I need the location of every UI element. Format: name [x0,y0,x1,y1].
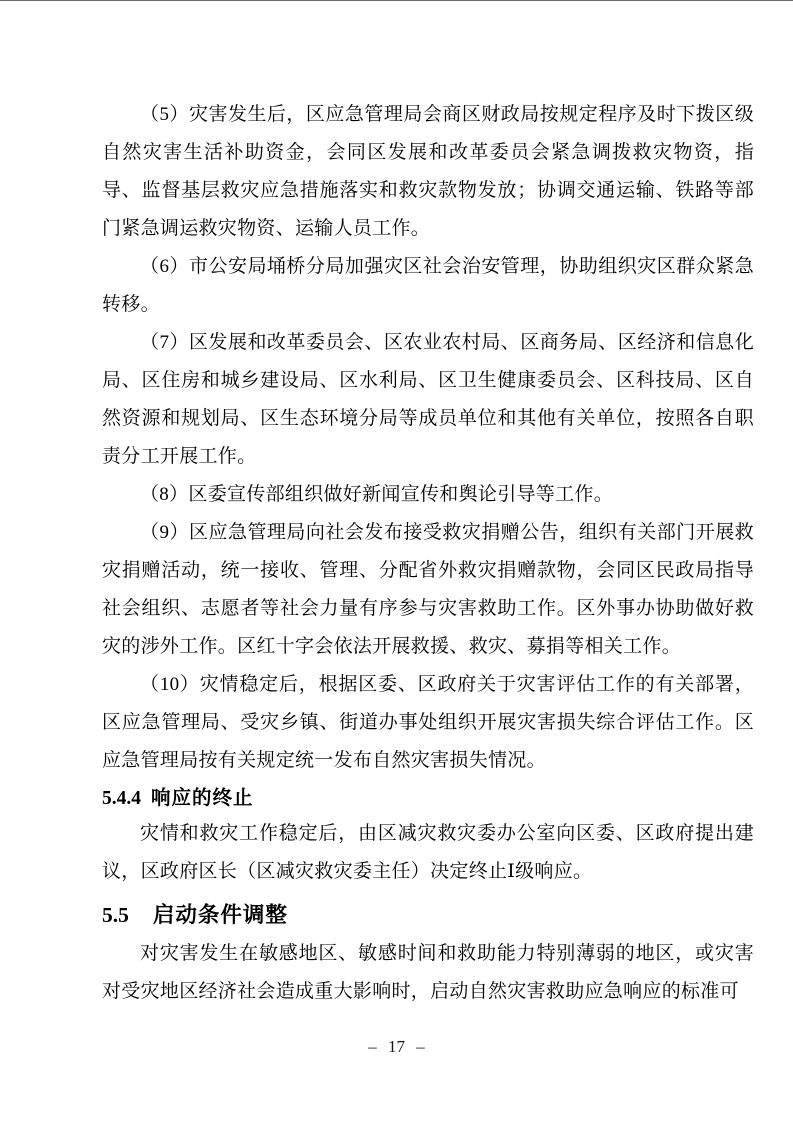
paragraph-response-termination: 灾情和救灾工作稳定后，由区减灾救灾委办公室向区委、区政府提出建议，区政府区长（区… [102,815,754,891]
page-top-edge [0,0,793,1]
heading-title: 启动条件调整 [153,903,288,927]
paragraph-condition-adjustment: 对灾害发生在敏感地区、敏感时间和救助能力特别薄弱的地区，或灾害对受灾地区经济社会… [102,935,754,1011]
paragraph-item-5: （5）灾害发生后，区应急管理局会商区财政局按规定程序及时下拨区级自然灾害生活补助… [102,96,754,248]
heading-number: 5.5 [102,903,129,927]
section-heading-5-4-4: 5.4.4响应的终止 [102,784,754,813]
section-heading-5-5: 5.5启动条件调整 [102,899,754,931]
paragraph-item-10: （10）灾情稳定后，根据区委、区政府关于灾害评估工作的有关部署，区应急管理局、受… [102,666,754,780]
heading-number: 5.4.4 [102,788,141,809]
paragraph-item-7: （7）区发展和改革委员会、区农业农村局、区商务局、区经济和信息化局、区住房和城乡… [102,324,754,476]
paragraph-item-6: （6）市公安局埇桥分局加强灾区社会治安管理，协助组织灾区群众紧急转移。 [102,248,754,324]
paragraph-item-9: （9）区应急管理局向社会发布接受救灾捐赠公告，组织有关部门开展救灾捐赠活动，统一… [102,514,754,666]
document-content: （5）灾害发生后，区应急管理局会商区财政局按规定程序及时下拨区级自然灾害生活补助… [102,96,754,1011]
page-number-footer: – 17 – [0,1036,793,1058]
document-page: （5）灾害发生后，区应急管理局会商区财政局按规定程序及时下拨区级自然灾害生活补助… [0,0,793,1122]
heading-title: 响应的终止 [151,787,254,809]
paragraph-item-8: （8）区委宣传部组织做好新闻宣传和舆论引导等工作。 [102,476,754,514]
